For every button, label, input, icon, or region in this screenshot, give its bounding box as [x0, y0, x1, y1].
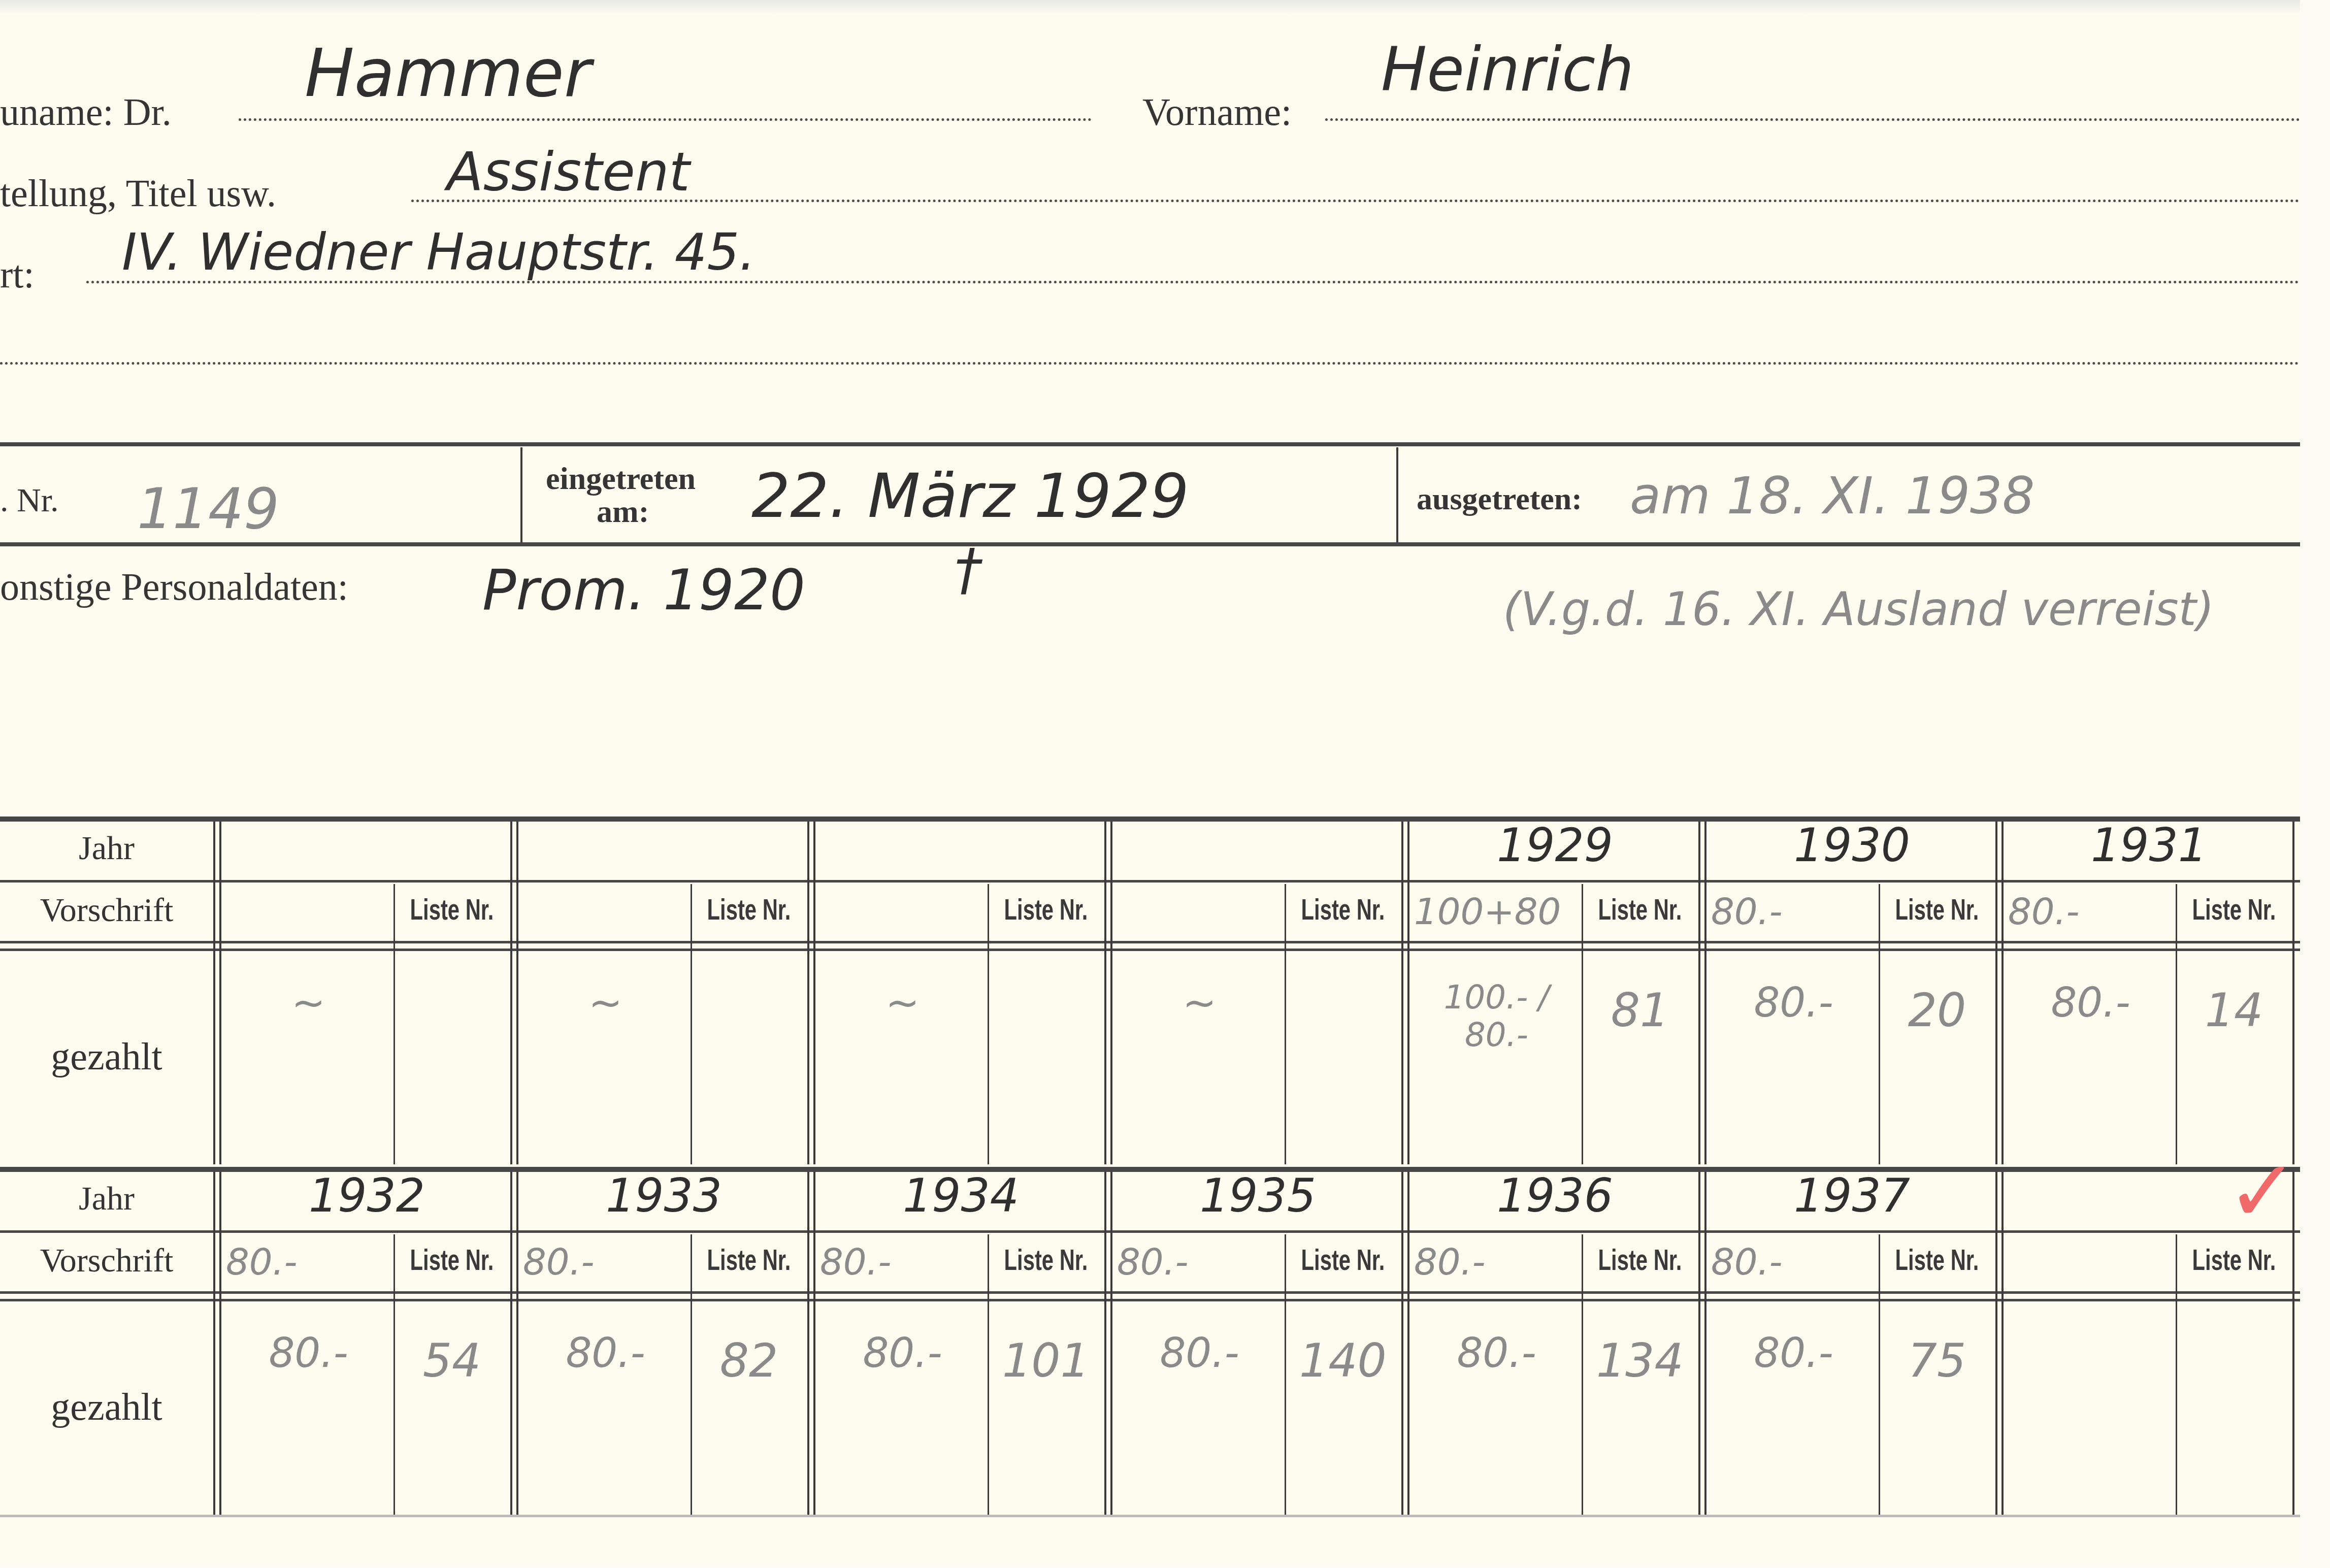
scan-top-edge	[0, 0, 2300, 14]
year-value: 1933	[531, 1169, 797, 1223]
firstname-value: Heinrich	[1381, 35, 1634, 105]
column-divider	[1407, 822, 1409, 1164]
list-no-header: Liste Nr.	[410, 893, 494, 927]
prescribed-value: 80.-	[1414, 1240, 1579, 1283]
list-no-header: Liste Nr.	[1598, 893, 1682, 927]
column-divider	[213, 822, 215, 1164]
address-value: IV. Wiedner Hauptstr. 45.	[122, 222, 756, 282]
table-rule	[0, 1230, 2300, 1233]
paid-value: 80.-	[1714, 979, 1874, 1026]
paid-value: 80.-	[2011, 979, 2171, 1026]
surname-label: uname: Dr.	[0, 90, 172, 135]
list-no-value: 54	[404, 1334, 500, 1388]
column-divider	[510, 1172, 512, 1515]
membership-card: uname: Dr. Hammer Vorname: Heinrich tell…	[0, 14, 2300, 1563]
left-note: (V.g.d. 16. XI. Ausland verreist)	[1503, 583, 2214, 636]
paid-value: 80.-	[1417, 1329, 1577, 1377]
column-divider	[393, 884, 395, 1164]
year-value: 1936	[1422, 1169, 1688, 1223]
column-divider	[213, 1172, 215, 1515]
paid-value: 80.-	[823, 1329, 982, 1377]
list-no-header: Liste Nr.	[1598, 1243, 1682, 1277]
list-no-value: 82	[701, 1334, 797, 1388]
list-no-header: Liste Nr.	[1004, 1243, 1088, 1277]
prescribed-value: 80.-	[1711, 1240, 1876, 1283]
list-no-header: Liste Nr.	[1301, 1243, 1385, 1277]
year-value: 1929	[1422, 819, 1688, 872]
list-no-header: Liste Nr.	[2192, 893, 2276, 927]
list-no-value: 101	[998, 1334, 1094, 1388]
prescribed-value: 80.-	[1711, 890, 1876, 933]
list-no-value: 140	[1295, 1334, 1391, 1388]
column-divider	[1285, 1234, 1286, 1515]
member-no-label: . Nr.	[0, 481, 59, 520]
column-divider	[2292, 1172, 2294, 1515]
column-divider	[516, 822, 518, 1164]
scan-right-edge	[2300, 0, 2330, 1568]
paid-value: 100.- / 80.-	[1417, 979, 1577, 1054]
blank-line	[0, 362, 2300, 365]
table-rule	[0, 941, 2300, 943]
list-no-header: Liste Nr.	[1301, 893, 1385, 927]
column-divider	[219, 1172, 221, 1515]
paid-label: gezahlt	[0, 1035, 213, 1079]
table-rule	[0, 949, 2300, 951]
prescribed-value: 100+80	[1414, 890, 1579, 933]
check-mark: ✓	[2226, 1141, 2299, 1242]
divider	[0, 442, 2300, 446]
list-no-value: 20	[1889, 984, 1985, 1037]
column-divider	[516, 1172, 518, 1515]
prescribed-value: 80.-	[226, 1240, 391, 1283]
prescribed-value: 80.-	[2008, 890, 2173, 933]
paid-value: 80.-	[526, 1329, 685, 1377]
column-divider	[1104, 822, 1106, 1164]
list-no-header: Liste Nr.	[1895, 1243, 1979, 1277]
surname-line	[239, 118, 1092, 121]
column-divider	[1285, 884, 1286, 1164]
joined-label: eingetreten	[546, 461, 696, 497]
column-divider	[1110, 1172, 1112, 1515]
member-no-value: 1149	[137, 476, 279, 541]
surname-value: Hammer	[305, 35, 591, 112]
list-no-header: Liste Nr.	[1895, 893, 1979, 927]
left-value: am 18. XI. 1938	[1630, 466, 2034, 526]
paid-value: ~	[526, 979, 685, 1026]
list-no-header: Liste Nr.	[707, 1243, 791, 1277]
column-divider	[1704, 1172, 1707, 1515]
column-divider	[988, 1234, 989, 1515]
column-divider	[807, 822, 809, 1164]
column-divider	[2176, 1234, 2177, 1515]
column-divider	[2001, 1172, 2004, 1515]
deceased-mark: †	[955, 537, 982, 602]
column-divider	[1401, 822, 1403, 1164]
table-rule	[0, 880, 2300, 883]
column-divider	[1110, 822, 1112, 1164]
paid-value: ~	[823, 979, 982, 1026]
left-label: ausgetreten:	[1417, 481, 1582, 517]
position-label: tellung, Titel usw.	[0, 172, 276, 216]
column-divider	[219, 822, 221, 1164]
column-divider	[2292, 822, 2294, 1164]
list-no-value: 14	[2186, 984, 2282, 1037]
column-divider	[1704, 822, 1707, 1164]
column-divider	[813, 822, 815, 1164]
address-label: rt:	[0, 253, 35, 297]
list-no-header: Liste Nr.	[410, 1243, 494, 1277]
column-divider	[2176, 884, 2177, 1164]
table-rule	[0, 1515, 2300, 1517]
firstname-label: Vorname:	[1142, 90, 1292, 135]
year-value: 1934	[828, 1169, 1094, 1223]
table-rule	[0, 1299, 2300, 1301]
prescribed-label: Vorschrift	[0, 1242, 213, 1280]
joined-value: 22. März 1929	[751, 461, 1189, 532]
joined-label-am: am:	[597, 494, 649, 530]
year-value: 1937	[1719, 1169, 1985, 1223]
list-no-header: Liste Nr.	[2192, 1243, 2276, 1277]
list-no-header: Liste Nr.	[1004, 893, 1088, 927]
personal-label: onstige Personaldaten:	[0, 565, 348, 609]
column-divider	[1995, 1172, 1997, 1515]
divider	[1396, 447, 1398, 544]
column-divider	[691, 1234, 692, 1515]
list-no-value: 75	[1889, 1334, 1985, 1388]
column-divider	[1582, 884, 1583, 1164]
prescribed-value: 80.-	[1117, 1240, 1282, 1283]
paid-value: ~	[228, 979, 388, 1026]
firstname-line	[1325, 118, 2300, 121]
column-divider	[807, 1172, 809, 1515]
year-label: Jahr	[0, 1180, 213, 1218]
column-divider	[2001, 822, 2004, 1164]
position-value: Assistent	[447, 141, 690, 203]
column-divider	[1582, 1234, 1583, 1515]
column-divider	[1879, 1234, 1880, 1515]
column-divider	[510, 822, 512, 1164]
list-no-value: 134	[1592, 1334, 1688, 1388]
prescribed-value: 80.-	[523, 1240, 688, 1283]
column-divider	[1879, 884, 1880, 1164]
year-value: 1935	[1125, 1169, 1391, 1223]
paid-value: 80.-	[1714, 1329, 1874, 1377]
personal-value: Prom. 1920	[482, 558, 805, 623]
column-divider	[1698, 822, 1700, 1164]
column-divider	[988, 884, 989, 1164]
column-divider	[813, 1172, 815, 1515]
paid-value: ~	[1120, 979, 1279, 1026]
column-divider	[691, 884, 692, 1164]
paid-value: 80.-	[1120, 1329, 1279, 1377]
list-no-value: 81	[1592, 984, 1688, 1037]
year-value: 1932	[234, 1169, 500, 1223]
prescribed-value: 80.-	[820, 1240, 985, 1283]
year-value: 1931	[2016, 819, 2282, 872]
column-divider	[1401, 1172, 1403, 1515]
divider	[520, 447, 522, 544]
list-no-header: Liste Nr.	[707, 893, 791, 927]
column-divider	[1104, 1172, 1106, 1515]
paid-label: gezahlt	[0, 1385, 213, 1429]
year-value: 1930	[1719, 819, 1985, 872]
table-rule	[0, 1291, 2300, 1294]
divider	[0, 542, 2300, 546]
column-divider	[1407, 1172, 1409, 1515]
prescribed-label: Vorschrift	[0, 891, 213, 930]
column-divider	[1995, 822, 1997, 1164]
position-line	[411, 200, 2300, 202]
paid-value: 80.-	[228, 1329, 388, 1377]
year-label: Jahr	[0, 829, 213, 868]
column-divider	[393, 1234, 395, 1515]
column-divider	[1698, 1172, 1700, 1515]
